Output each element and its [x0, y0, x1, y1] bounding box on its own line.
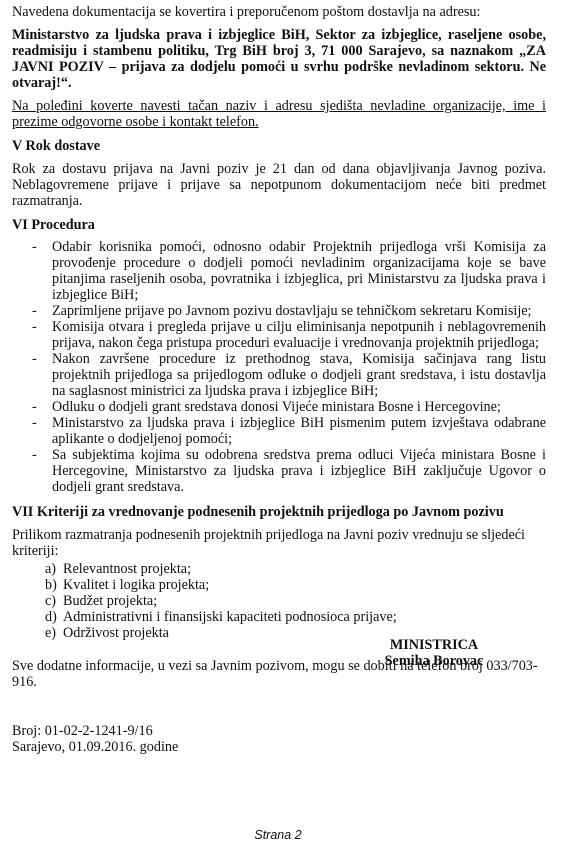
bullet-dash: - [32, 239, 37, 255]
list-item-text: Zaprimljene prijave po Javnom pozivu dos… [52, 303, 532, 319]
criteria-text: Administrativni i finansijski kapaciteti… [63, 609, 397, 625]
deadline-text: Rok za dostavu prijava na Javni poziv je… [12, 161, 546, 209]
submission-address: Ministarstvo za ljudska prava i izbjegli… [12, 27, 546, 91]
list-item: a)Relevantnost projekta; [12, 561, 546, 577]
criteria-text: Održivost projekta [63, 625, 169, 641]
page-number: Strana 2 [254, 828, 301, 842]
place-date: Sarajevo, 01.09.2016. godine [12, 739, 546, 755]
criteria-text: Budžet projekta; [63, 593, 157, 609]
list-item: -Zaprimljene prijave po Javnom pozivu do… [12, 303, 546, 319]
list-item: -Ministarstvo za ljudska prava i izbjegl… [12, 415, 546, 447]
list-item-text: Ministarstvo za ljudska prava i izbjegli… [52, 415, 546, 447]
list-item: b)Kvalitet i logika projekta; [12, 577, 546, 593]
list-item-text: Sa subjektima kojima su odobrena sredstv… [52, 447, 546, 495]
section-heading-deadline: V Rok dostave [12, 138, 546, 154]
criteria-label: e) [45, 625, 56, 641]
list-item: c)Budžet projekta; [12, 593, 546, 609]
criteria-list: a)Relevantnost projekta; b)Kvalitet i lo… [12, 561, 546, 641]
bullet-dash: - [32, 319, 37, 335]
bullet-dash: - [32, 415, 37, 431]
list-item: d)Administrativni i finansijski kapacite… [12, 609, 546, 625]
list-item: -Odluku o dodjeli grant sredstava donosi… [12, 399, 546, 415]
intro-text: Navedena dokumentacija se kovertira i pr… [12, 4, 546, 20]
list-item-text: Komisija otvara i pregleda prijave u cil… [52, 319, 546, 351]
section-heading-criteria: VII Kriteriji za vrednovanje podnesenih … [12, 504, 546, 520]
section-heading-procedure: VI Procedura [12, 217, 546, 233]
criteria-label: d) [45, 609, 57, 625]
bullet-dash: - [32, 447, 37, 463]
bullet-dash: - [32, 399, 37, 415]
procedure-list: -Odabir korisnika pomoći, odnosno odabir… [12, 239, 546, 495]
list-item: -Sa subjektima kojima su odobrena sredst… [12, 447, 546, 495]
bullet-dash: - [32, 303, 37, 319]
criteria-label: a) [45, 561, 56, 577]
page-footer: Strana 2 [0, 828, 576, 842]
bullet-dash: - [32, 351, 37, 367]
envelope-note: Na poleđini koverte navesti tačan naziv … [12, 98, 546, 130]
criteria-intro: Prilikom razmatranja podnesenih projektn… [12, 527, 546, 559]
reference-number: Broj: 01-02-2-1241-9/16 [12, 723, 546, 739]
list-item-text: Odluku o dodjeli grant sredstava donosi … [52, 399, 501, 415]
signature-title: MINISTRICA [374, 637, 494, 653]
signature-block: MINISTRICA Semiha Borovac [374, 637, 494, 669]
list-item: -Komisija otvara i pregleda prijave u ci… [12, 319, 546, 351]
criteria-label: c) [45, 593, 56, 609]
signature-name: Semiha Borovac [374, 653, 494, 669]
list-item: -Nakon završene procedure iz prethodnog … [12, 351, 546, 399]
criteria-text: Kvalitet i logika projekta; [63, 577, 209, 593]
criteria-text: Relevantnost projekta; [63, 561, 191, 577]
criteria-label: b) [45, 577, 57, 593]
list-item-text: Nakon završene procedure iz prethodnog s… [52, 351, 546, 399]
list-item: -Odabir korisnika pomoći, odnosno odabir… [12, 239, 546, 303]
list-item-text: Odabir korisnika pomoći, odnosno odabir … [52, 239, 546, 303]
